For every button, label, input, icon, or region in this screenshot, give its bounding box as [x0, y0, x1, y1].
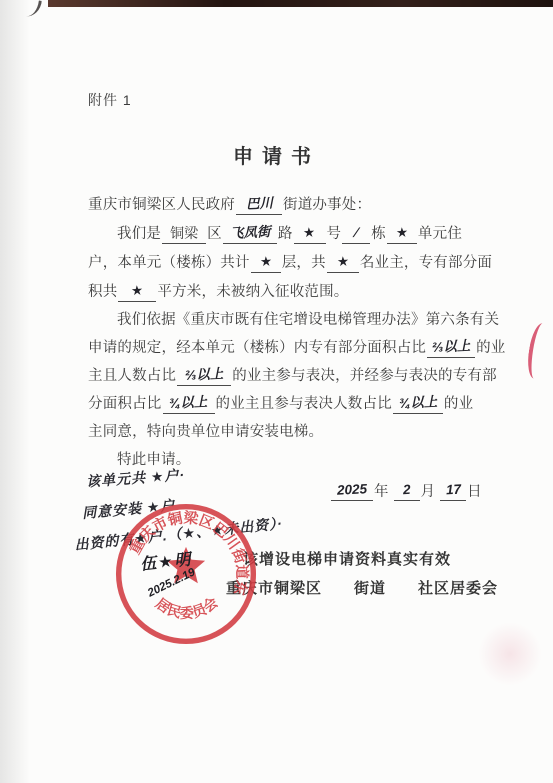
document-line: 申请的规定，经本单元（楼栋）内专有部分面积占比⅔以上的业 [88, 338, 488, 358]
page-left-shadow [0, 0, 30, 783]
date-year-label: 年 [374, 484, 389, 500]
blank-fill: 铜梁 [162, 225, 206, 244]
fill-text: ★ [395, 225, 408, 242]
attachment-label: 附件 1 [88, 90, 132, 110]
document-line: 户，本单元（楼栋）共计★层，共★名业主，专有部分面 [88, 253, 488, 273]
blank-fill: ★ [327, 254, 359, 273]
date-line: 2025年 2月 17日 [330, 480, 482, 501]
committee-line: 重庆市铜梁区 街道 社区居委会 [226, 577, 498, 598]
document-line: 分面积占比¾以上的业主且参与表决人数占比¾以上的业 [88, 394, 488, 414]
blank-fill: ★ [294, 225, 326, 244]
date-day-label: 日 [467, 484, 482, 500]
printed-text: 的业主且参与表决人数占比 [216, 396, 392, 412]
printed-text: 主同意，特向贵单位申请安装电梯。 [88, 424, 323, 440]
printed-text: 积共 [88, 284, 117, 300]
fill-text: ∕ [355, 225, 358, 241]
scan-top-band [48, 0, 553, 7]
date-month-fill: 2 [394, 482, 420, 501]
printed-text: 我们依据《重庆市既有住宅增设电梯管理办法》第六条有关 [117, 312, 499, 328]
document-title: 申请书 [0, 140, 553, 169]
scan-smudge [466, 610, 553, 698]
fill-text: ★ [303, 225, 316, 242]
printed-text: 申请的规定，经本单元（楼栋）内专有部分面积占比 [88, 340, 426, 356]
fill-text: ¾以上 [169, 394, 208, 412]
document-line: 积共★平方米，未被纳入征收范围。 [88, 282, 488, 302]
printed-text: 层，共 [282, 255, 326, 271]
printed-text: 户，本单元（楼栋）共计 [88, 255, 250, 271]
printed-text: 号 [327, 226, 342, 242]
fill-text: ★ [131, 283, 144, 300]
blank-fill: 飞凤街 [223, 225, 277, 244]
date-year-fill: 2025 [331, 482, 373, 501]
blank-fill: ★ [251, 254, 281, 273]
blank-fill: ⅔以上 [427, 339, 475, 358]
printed-text: 主且人数占比 [88, 368, 176, 384]
fill-text: ★ [336, 254, 349, 271]
blank-fill: ⅔以上 [177, 367, 231, 386]
printed-text: 栋 [371, 226, 386, 242]
seal-text-bottom: 居民委员会 [153, 594, 221, 621]
blank-fill: ★ [118, 283, 156, 302]
blank-fill: ¾以上 [163, 395, 215, 414]
printed-text: 街道办事处： [283, 197, 371, 213]
printed-text: 的业 [476, 340, 505, 356]
printed-text: 的业主参与表决，并经参与表决的专有部 [232, 368, 497, 384]
printed-text: 重庆市铜梁区人民政府 [88, 197, 235, 213]
document-line: 主且人数占比⅔以上的业主参与表决，并经参与表决的专有部 [88, 366, 488, 386]
fill-text: 巴川 [245, 195, 273, 212]
printed-text: 分面积占比 [88, 396, 162, 412]
validity-statement: 该增设电梯申请资料真实有效 [243, 548, 451, 569]
blank-fill: ★ [387, 225, 417, 244]
document-line: 重庆市铜梁区人民政府巴川街道办事处： [88, 195, 488, 215]
document-line: 主同意，特向贵单位申请安装电梯。 [88, 422, 488, 442]
application-document: 附件 1 申请书 重庆市铜梁区人民政府巴川街道办事处：我们是铜梁区飞凤街路★号∕… [0, 0, 553, 783]
fill-text: 飞凤街 [229, 224, 270, 242]
blank-fill: 巴川 [236, 196, 282, 215]
printed-text: 平方米，未被纳入征收范围。 [157, 284, 348, 300]
fill-text: ⅔以上 [432, 338, 471, 356]
printed-text: 我们是 [117, 226, 161, 242]
date-day-fill: 17 [440, 482, 466, 501]
fill-text: 铜梁 [170, 225, 198, 241]
document-line: 我们依据《重庆市既有住宅增设电梯管理办法》第六条有关 [88, 310, 517, 330]
fill-text: ¾以上 [398, 394, 437, 412]
fill-text: ⅔以上 [185, 366, 224, 384]
printed-text: 名业主，专有部分面 [360, 255, 492, 271]
stamp-edge-mark [525, 322, 553, 380]
printed-text: 路 [278, 226, 293, 242]
printed-text: 区 [207, 226, 222, 242]
blank-fill: ¾以上 [393, 395, 443, 414]
fill-text: ★ [259, 254, 272, 271]
document-line: 我们是铜梁区飞凤街路★号∕栋★单元住 [88, 224, 517, 244]
printed-text: 的业 [444, 396, 473, 412]
printed-text: 单元住 [418, 226, 462, 242]
blank-fill: ∕ [342, 225, 370, 244]
date-month-label: 月 [421, 484, 436, 500]
